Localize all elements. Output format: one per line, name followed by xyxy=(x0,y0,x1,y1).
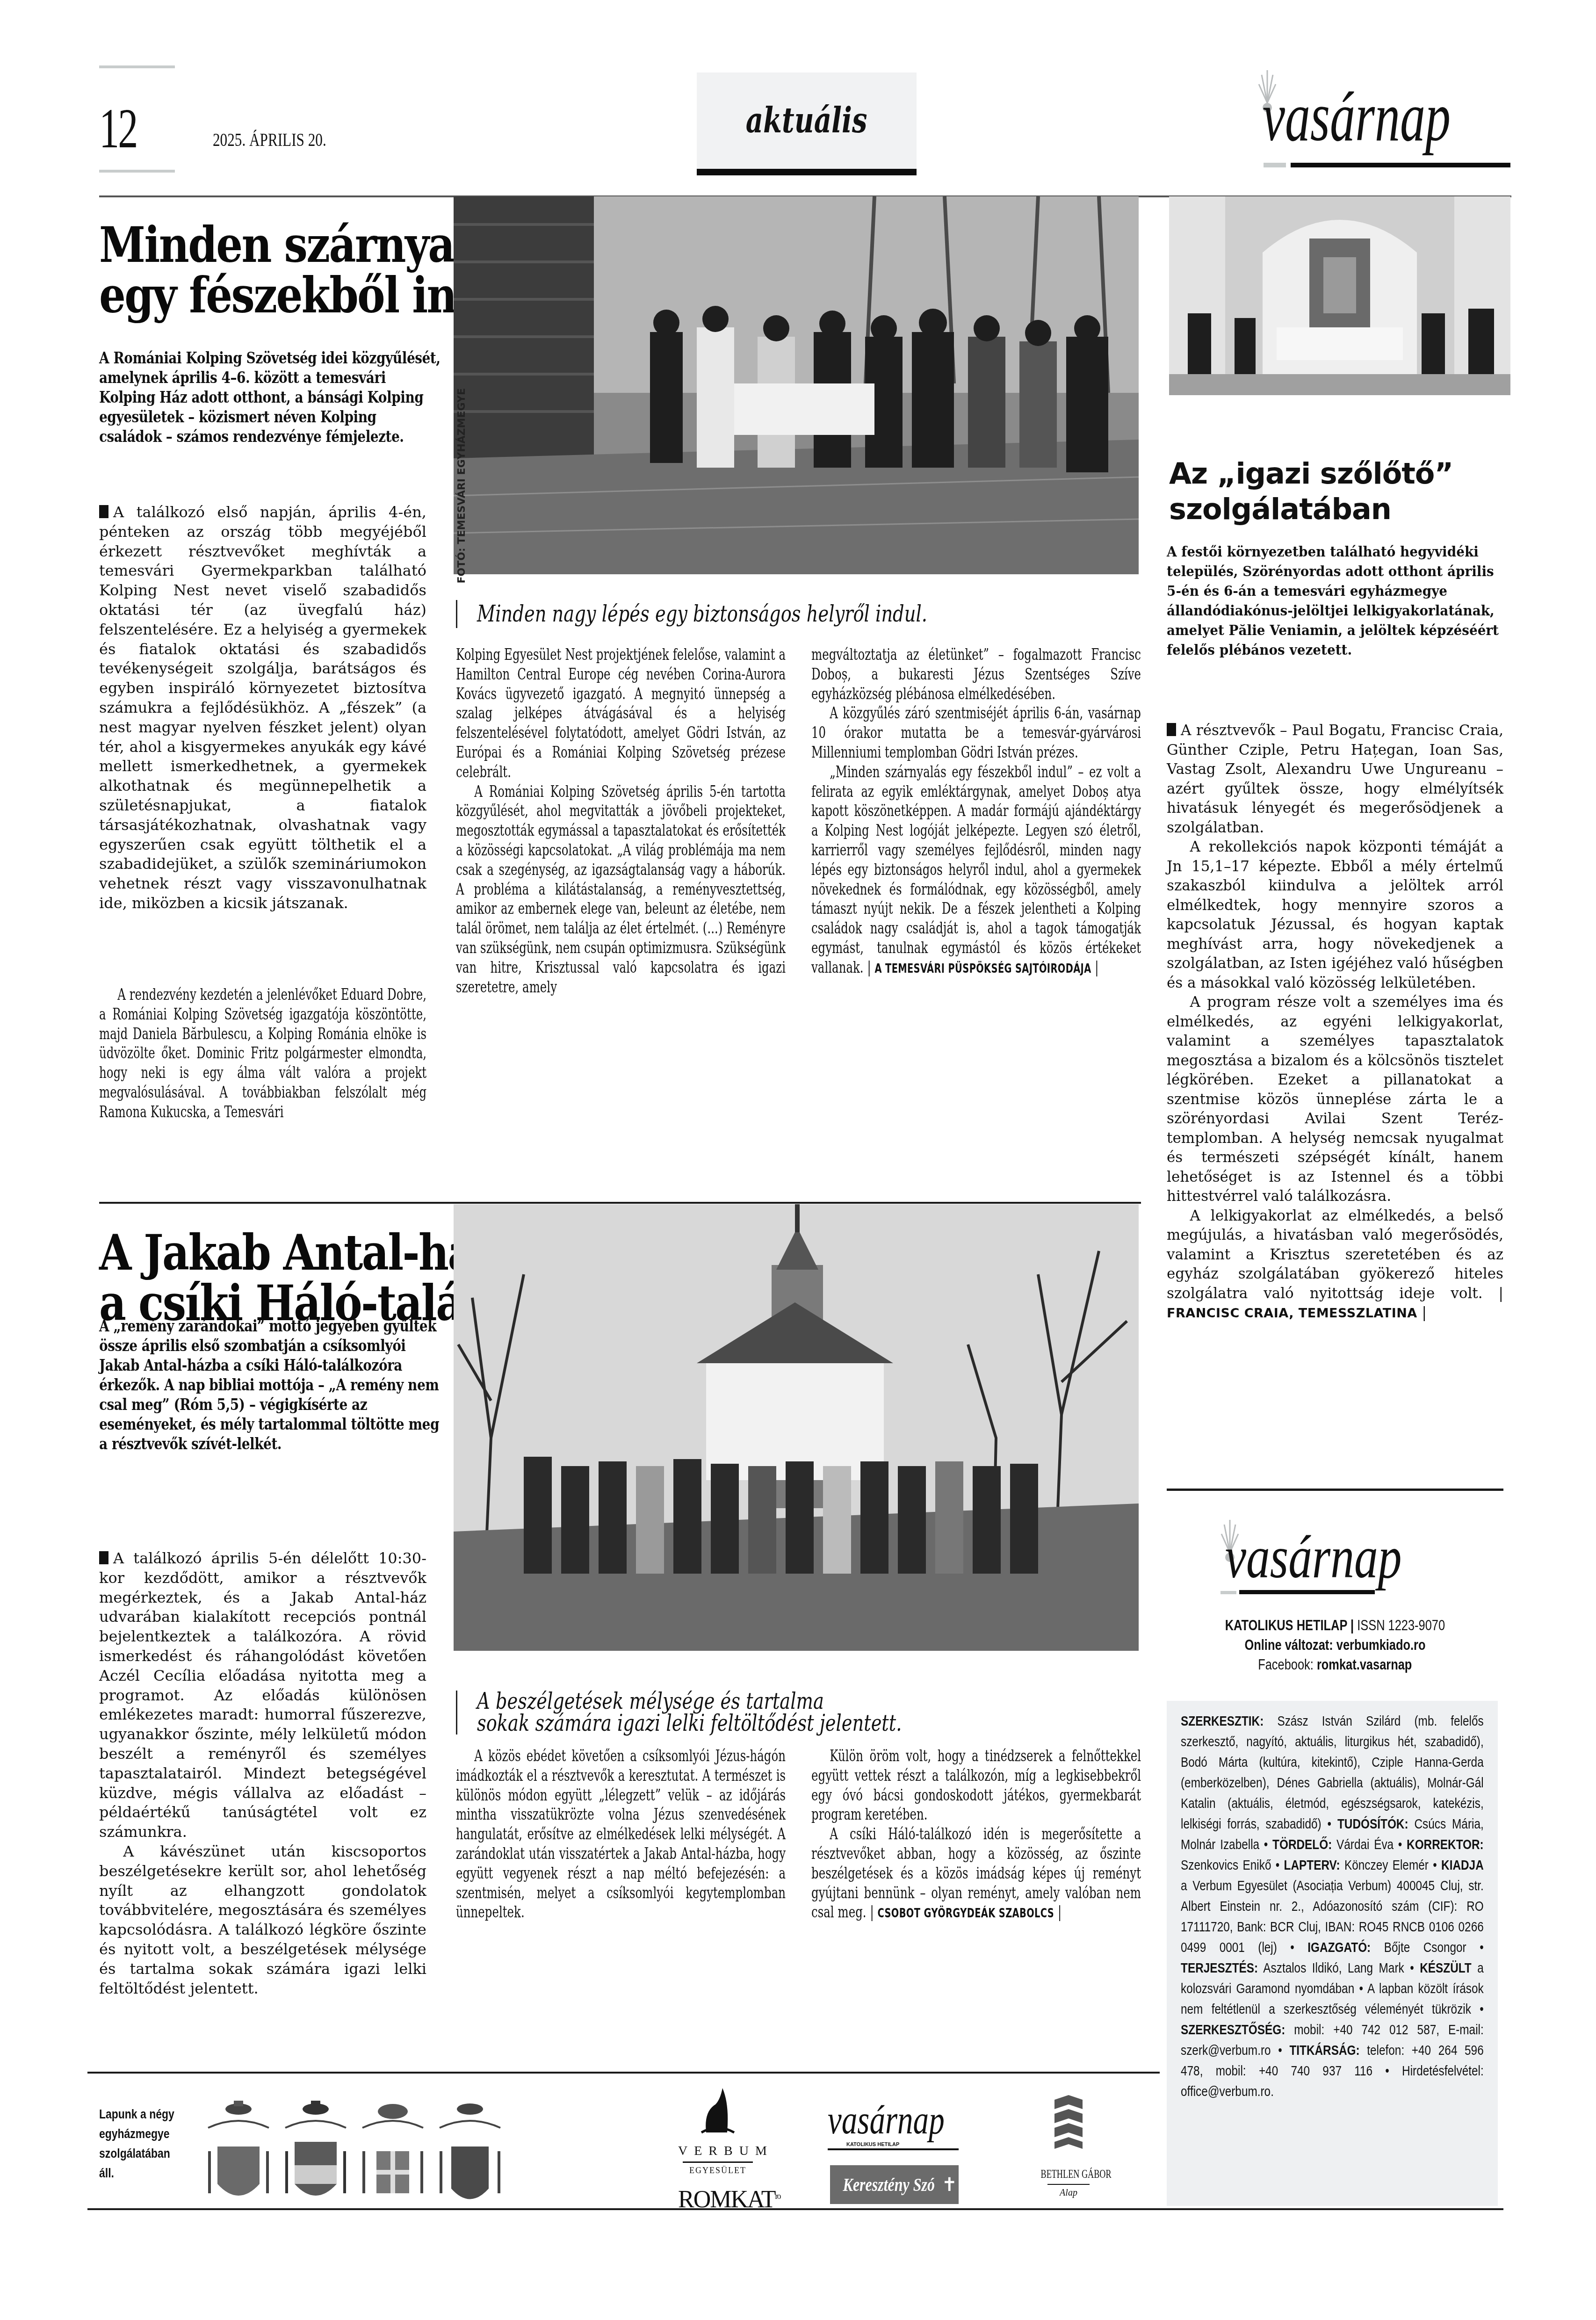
article1-col3: megváltoztatja az életünket” – fogalmazo… xyxy=(811,645,1141,979)
article1-lead-text: A Romániai Kolping Szövetség idei közgyű… xyxy=(99,348,441,447)
issn: ISSN 1223-9070 xyxy=(1354,1617,1445,1633)
article1-col1-p1: A találkozó első napján, április 4-én, p… xyxy=(99,503,426,913)
article2-col1: A találkozó április 5-én délelőtt 10:30-… xyxy=(99,1549,426,1998)
article2-lead-text: A „remény zarándokai” mottó jegyében gyű… xyxy=(99,1316,441,1454)
article3-p2: A rekollekciós napok központi témáját a … xyxy=(1167,838,1503,993)
diocese-crest-2 xyxy=(276,2100,355,2212)
right-column-divider xyxy=(1167,1489,1503,1491)
article1-col1b: A rendezvény kezdetén a jelenlévőket Edu… xyxy=(99,985,426,1122)
impressum-logo-grey-bar xyxy=(1220,1591,1236,1594)
article3-p1-text: A résztvevők – Paul Bogatu, Francisc Cra… xyxy=(1167,722,1503,836)
article3-headline-line1: Az „igazi szőlőtő” xyxy=(1169,456,1510,491)
impressum-logo-text: vasárnap xyxy=(1225,1527,1401,1588)
article1-byline: A TEMESVÁRI PÜSPÖKSÉG SAJTÓIRODÁJA xyxy=(874,961,1091,976)
bethlen-subtitle: Alap xyxy=(1029,2188,1108,2198)
article2-col3-p2: A csíki Háló-találkozó idén is megerősít… xyxy=(811,1825,1141,1923)
article3-headline: Az „igazi szőlőtő” szolgálatában xyxy=(1169,456,1510,527)
article1-photo-credit: FOTÓ: TEMESVÁRI EGYHÁZMEGYE xyxy=(456,388,468,583)
masthead-grey-bar xyxy=(1264,163,1286,167)
diocese-crest-4 xyxy=(430,2100,510,2212)
page-number-bottom-bar xyxy=(99,170,175,173)
staff-label: LAPTERV: xyxy=(1284,1858,1340,1873)
staff-label: TERJESZTÉS: xyxy=(1181,1961,1258,1976)
article2-lead: A „remény zarándokai” mottó jegyében gyű… xyxy=(99,1316,441,1454)
bethlen-gabor-logo: BETHLEN GÁBOR Alap xyxy=(1029,2095,1108,2217)
kereszteny-szo-name: Keresztény Szó xyxy=(843,2174,935,2196)
article1-col1-p1-text: A találkozó első napján, április 4-én, p… xyxy=(99,503,426,912)
article3-headline-line2: szolgálatában xyxy=(1169,491,1510,527)
article3-p3: A program része volt a személyes ima és … xyxy=(1167,993,1503,1207)
staff-label: KORREKTOR: xyxy=(1407,1837,1484,1852)
paragraph-marker-icon xyxy=(1167,723,1176,736)
staff-text: Bőjte Csongor • xyxy=(1371,1940,1484,1955)
romkat-sup: ro xyxy=(775,2191,780,2201)
staff-text: Asztalos Ildikó, Lang Mark • xyxy=(1258,1961,1420,1976)
vasarnap-footer-logo: vasárnap KATOLIKUS HETILAP xyxy=(828,2100,959,2151)
masthead-logo: vasárnap xyxy=(1258,70,1510,173)
article1-pull-quote-text: Minden nagy lépés egy biztonságos helyrő… xyxy=(477,600,927,628)
verbum-logo: VERBUM EGYESÜLET ROMKATro xyxy=(678,2086,758,2217)
article2-col1-p2: A kávészünet után kiscsoportos beszélget… xyxy=(99,1842,426,1998)
staff-text: Várdai Éva • xyxy=(1332,1837,1407,1852)
article3-p1: A résztvevők – Paul Bogatu, Francisc Cra… xyxy=(1167,721,1503,838)
article1-col2: Kolping Egyesület Nest projektjének fele… xyxy=(456,645,786,997)
bethlen-name: BETHLEN GÁBOR xyxy=(1041,2167,1097,2181)
article2-col2: A közös ebédet követően a csíksomlyói Jé… xyxy=(456,1747,786,1922)
impressum-logo-underline xyxy=(1239,1590,1375,1594)
masthead-underline xyxy=(1291,163,1510,167)
staff-label: KÉSZÜLT xyxy=(1420,1961,1472,1976)
facebook-label: Facebook: xyxy=(1258,1656,1317,1673)
vasarnap-footer-subtitle: KATOLIKUS HETILAP xyxy=(846,2142,959,2147)
article2-pull-quote-line2: sokak számára igazi lelki feltöltődést j… xyxy=(477,1713,902,1735)
article2-photo xyxy=(454,1204,1139,1651)
chevron-emblem-icon xyxy=(1029,2095,1108,2156)
staff-text: Könczey Elemér • xyxy=(1340,1858,1441,1873)
article1-col3-p2: A közgyűlés záró szentmiséjét április 6-… xyxy=(811,704,1141,762)
article2-col1-p1: A találkozó április 5-én délelőtt 10:30-… xyxy=(99,1549,426,1842)
page-number-top-bar xyxy=(99,65,175,68)
article1-col1-p2: A rendezvény kezdetén a jelenlévőket Edu… xyxy=(99,985,426,1122)
section-label: aktuális xyxy=(746,101,867,141)
impressum-logo: vasárnap xyxy=(1220,1520,1464,1599)
verbum-book-icon xyxy=(678,2086,758,2137)
footer-top-rule xyxy=(87,2072,1160,2074)
article1-col3-p1: megváltoztatja az életünket” – fogalmazo… xyxy=(811,645,1141,704)
article1-photo xyxy=(454,196,1139,574)
staff-label: SZERKESZTIK: xyxy=(1181,1714,1264,1729)
cross-icon: ✝ xyxy=(942,2174,958,2196)
church-interior-photo xyxy=(1169,196,1510,395)
article1-col2-p2: A Romániai Kolping Szövetség április 5-é… xyxy=(456,782,786,997)
crest-icon xyxy=(430,2100,510,2212)
staff-text: Szász István Szilárd (mb. felelős szerke… xyxy=(1181,1714,1484,1832)
article3-body-text: A résztvevők – Paul Bogatu, Francisc Cra… xyxy=(1167,721,1503,1323)
vasarnap-footer-name: vasárnap xyxy=(828,2100,930,2140)
staff-label: SZERKESZTŐSÉG: xyxy=(1181,2023,1285,2038)
article2-col3-p1: Külön öröm volt, hogy a tinédzserek a fe… xyxy=(811,1747,1141,1825)
article3-lead-text: A festői környezetben található hegyvidé… xyxy=(1167,542,1503,660)
article2-pull-quote-line1: A beszélgetések mélysége és tartalma xyxy=(477,1691,902,1713)
article3-p4: A lelkigyakorlat az elmélkedés, a belső … xyxy=(1167,1207,1503,1323)
article1-col2-p1: Kolping Egyesület Nest projektjének fele… xyxy=(456,645,786,782)
article2-col2-p1: A közös ebédet követően a csíksomlyói Jé… xyxy=(456,1747,786,1922)
verbum-subtitle: EGYESÜLET xyxy=(678,2166,758,2175)
staff-label: IGAZGATÓ: xyxy=(1307,1940,1371,1955)
page-number: 12 xyxy=(99,101,137,157)
kolping-nest-photo xyxy=(454,196,1139,574)
article3-byline: FRANCISC CRAIA, TEMESSZLATINA xyxy=(1167,1306,1417,1321)
article2-col1-p1-text: A találkozó április 5-én délelőtt 10:30-… xyxy=(99,1549,426,1841)
impressum-bottom-rule xyxy=(1160,2208,1503,2210)
diocese-crest-3 xyxy=(353,2100,433,2212)
article3-photo xyxy=(1169,196,1510,395)
crest-icon xyxy=(276,2100,355,2212)
article3-p4-text: A lelkigyakorlat az elmélkedés, a belső … xyxy=(1167,1207,1503,1302)
article2-byline: CSOBOT GYÖRGYDEÁK SZABOLCS xyxy=(877,1906,1054,1921)
article1-col3-p3: „Minden szárnyalás egy fészekből indul” … xyxy=(811,763,1141,979)
crest-icon xyxy=(353,2100,433,2212)
crest-icon xyxy=(199,2100,278,2212)
verbum-name: VERBUM xyxy=(678,2144,758,2159)
group-photo-chapel xyxy=(454,1204,1139,1651)
staff-text: Szenkovics Enikő • xyxy=(1181,1858,1284,1873)
paragraph-marker-icon xyxy=(99,1551,108,1564)
diocese-crest-1 xyxy=(199,2100,278,2212)
section-tab: aktuális xyxy=(697,72,917,175)
article2-col3: Külön öröm volt, hogy a tinédzserek a fe… xyxy=(811,1747,1141,1923)
staff-label: TÖRDELŐ: xyxy=(1272,1837,1332,1852)
impressum-header: KATOLIKUS HETILAP | ISSN 1223-9070 Onlin… xyxy=(1167,1616,1503,1675)
staff-label: TITKÁRSÁG: xyxy=(1289,2043,1359,2058)
article1-col1: A találkozó első napján, április 4-én, p… xyxy=(99,503,426,913)
footer-label: Lapunk a négy egyházmegye szolgálatában … xyxy=(99,2104,180,2183)
publication-type: KATOLIKUS HETILAP | xyxy=(1225,1617,1354,1633)
paragraph-marker-icon xyxy=(99,505,108,518)
issue-date: 2025. ÁPRILIS 20. xyxy=(213,129,326,151)
facebook-link[interactable]: romkat.vasarnap xyxy=(1317,1656,1412,1673)
article1-lead: A Romániai Kolping Szövetség idei közgyű… xyxy=(99,348,441,447)
article1-col3-p3-text: „Minden szárnyalás egy fészekből indul” … xyxy=(811,763,1141,977)
masthead-title: vasárnap xyxy=(1263,82,1451,152)
article3-lead: A festői környezetben található hegyvidé… xyxy=(1167,542,1503,660)
staff-label: KIADJA xyxy=(1441,1858,1484,1873)
impressum-staff: SZERKESZTIK: Szász István Szilárd (mb. f… xyxy=(1181,1711,1484,2102)
article1-pull-quote: Minden nagy lépés egy biztonságos helyrő… xyxy=(456,600,1040,628)
online-version-link[interactable]: Online változat: verbumkiado.ro xyxy=(1244,1637,1425,1653)
kereszteny-szo-logo: Keresztény Szó ✝ xyxy=(830,2165,959,2204)
article2-pull-quote: A beszélgetések mélysége és tartalma sok… xyxy=(456,1691,1008,1735)
article-divider xyxy=(99,1202,1141,1204)
footer-bottom-rule xyxy=(87,2208,1160,2210)
staff-label: TUDÓSÍTÓK: xyxy=(1337,1817,1408,1832)
impressum-box: SZERKESZTIK: Szász István Szilárd (mb. f… xyxy=(1167,1701,1498,2206)
